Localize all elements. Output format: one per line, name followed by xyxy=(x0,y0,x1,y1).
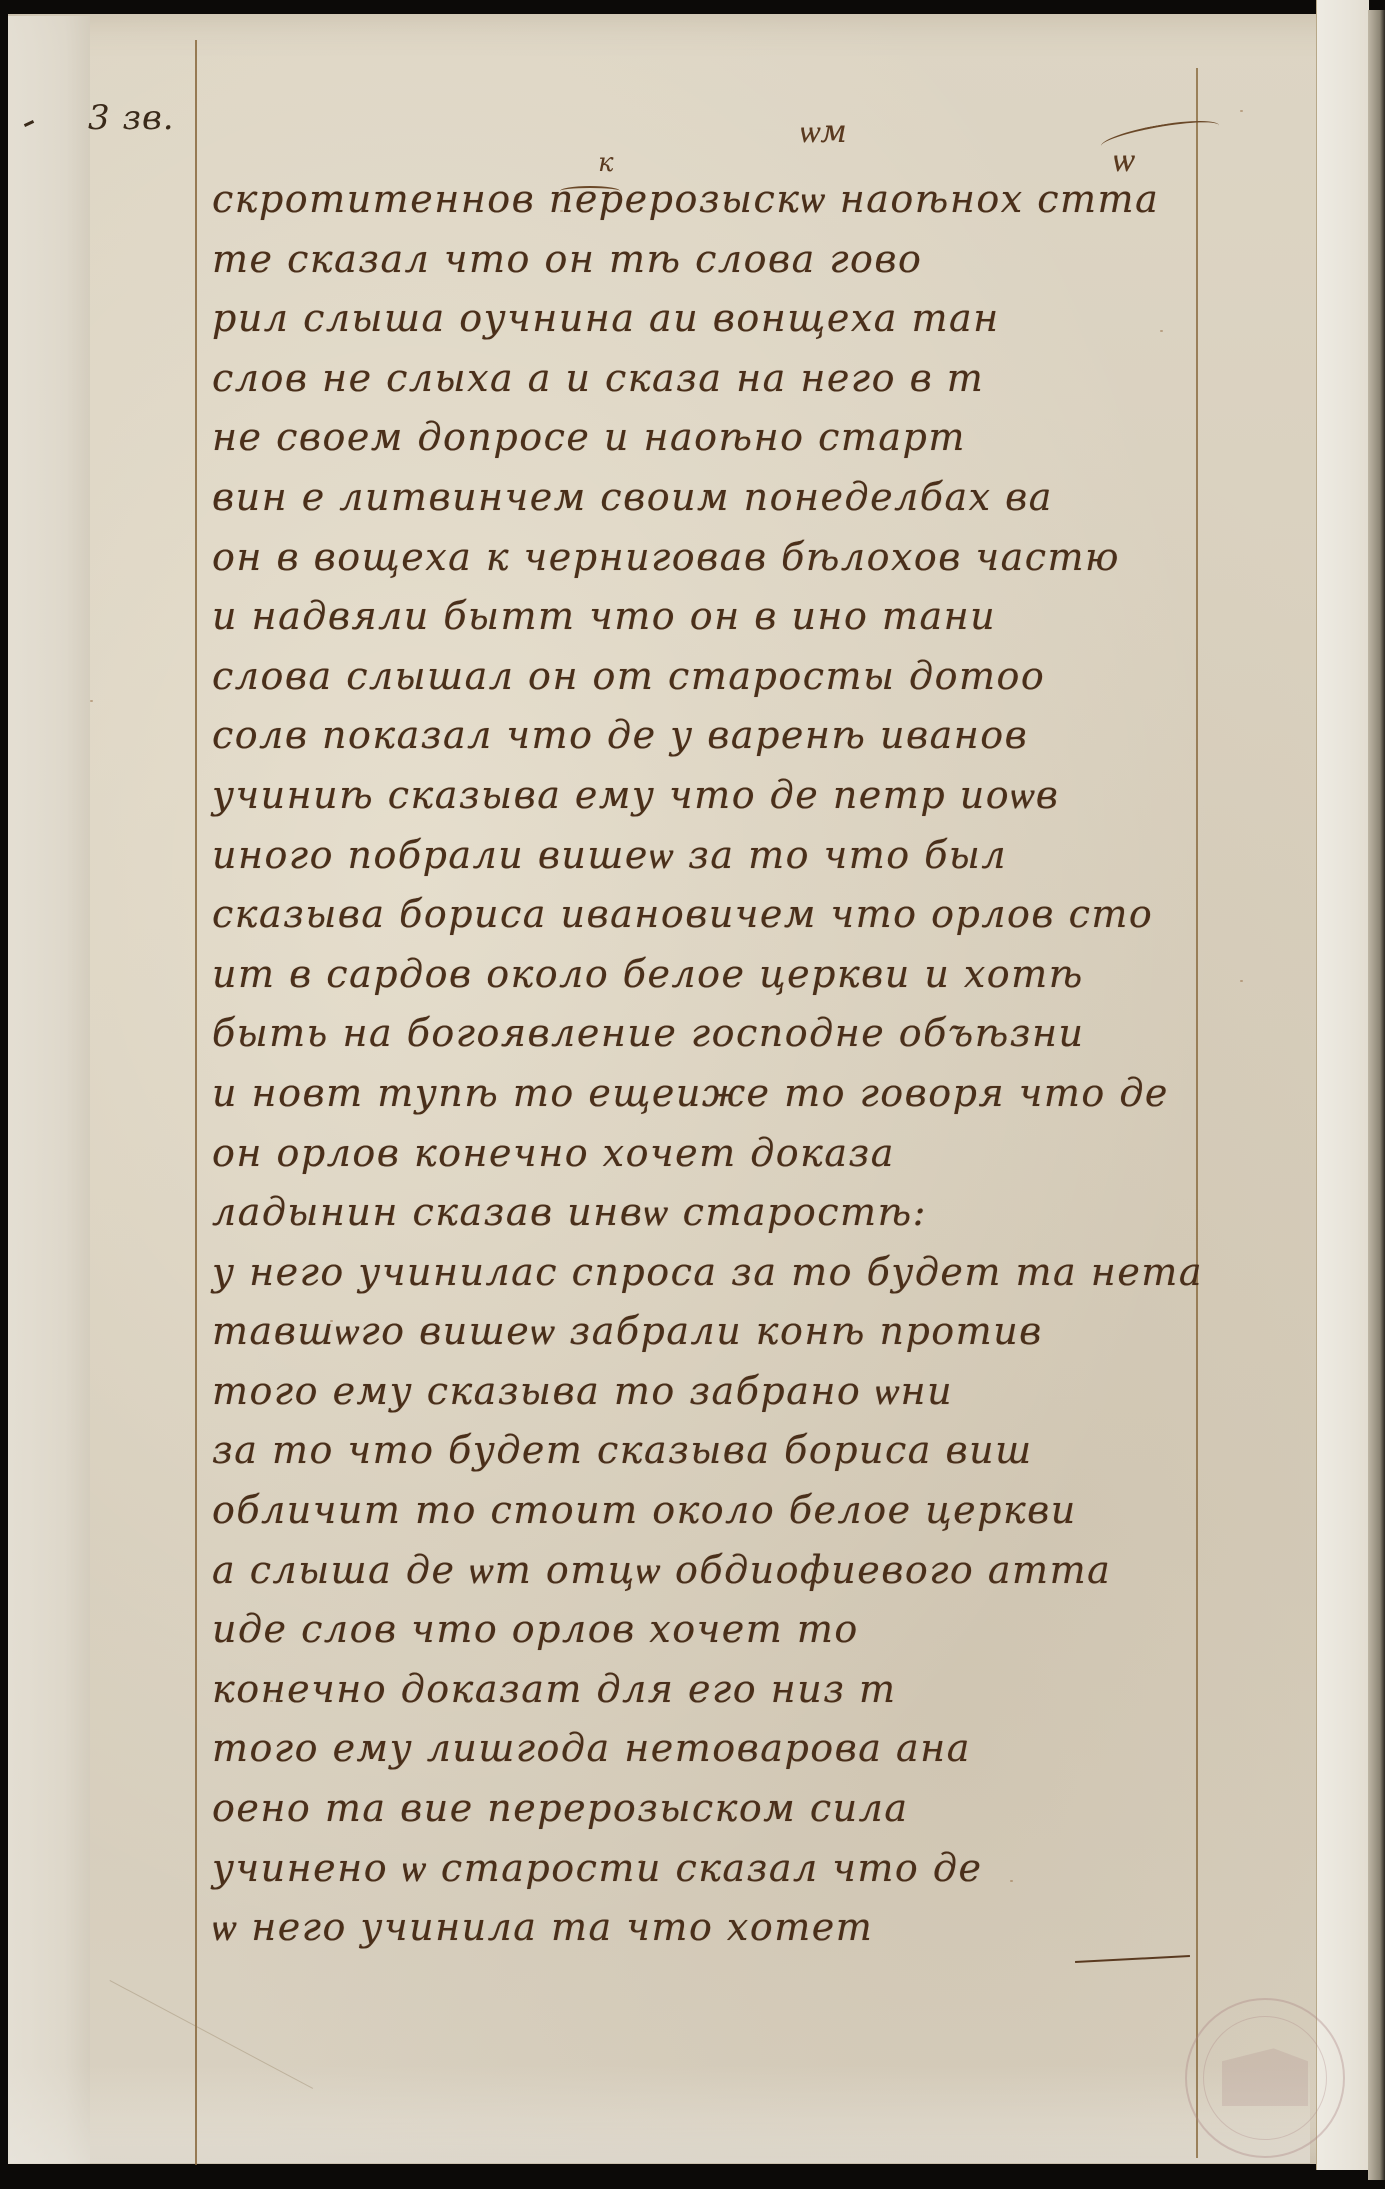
manuscript-line: слова слышал он от старосты дотоо xyxy=(212,647,1202,707)
manuscript-line: за то что будет сказыва бориса виш xyxy=(212,1421,1202,1481)
manuscript-line: рил слыша оучнина аи вонщеха тан xyxy=(212,289,1202,349)
right-guard-strip xyxy=(1316,0,1369,2170)
left-binding-strip xyxy=(8,16,90,2164)
manuscript-line: ѡ него учинила та что хотет xyxy=(212,1898,1202,1958)
manuscript-line: того ему сказыва то забрано ѡни xyxy=(212,1362,1202,1422)
folio-number: 3 зв. xyxy=(88,98,175,138)
manuscript-line: того ему лишгода нетоварова ана xyxy=(212,1719,1202,1779)
manuscript-line: ладынин сказав инвѡ старостѣ: xyxy=(212,1183,1202,1243)
manuscript-line: слов не слыха а и сказа на него в т xyxy=(212,349,1202,409)
manuscript-line: оено та вие перерозыском сила xyxy=(212,1779,1202,1839)
manuscript-text-block: скротитеннов перерозыскѡ наоѣнох стта те… xyxy=(212,170,1202,1958)
page-edge-shadow xyxy=(1368,10,1385,2180)
archive-stamp xyxy=(1185,1998,1345,2158)
manuscript-line: иного побрали вишеѡ за то что был xyxy=(212,826,1202,886)
manuscript-line: учинено ѡ старости сказал что де xyxy=(212,1839,1202,1899)
manuscript-line: не своем допросе и наоѣно старт xyxy=(212,408,1202,468)
manuscript-line: у него учинилас спроса за то будет та не… xyxy=(212,1243,1202,1303)
manuscript-line: те сказал что он тѣ слова гово xyxy=(212,230,1202,290)
manuscript-line: он орлов конечно хочет доказа xyxy=(212,1124,1202,1184)
manuscript-line: а слыша де ѡт отцѡ обдиофиевого атта xyxy=(212,1541,1202,1601)
manuscript-line: тавшѡго вишеѡ забрали конѣ против xyxy=(212,1302,1202,1362)
manuscript-line: обличит то стоит около белое церкви xyxy=(212,1481,1202,1541)
manuscript-line: он в вощеха к черниговав бѣлохов частю xyxy=(212,528,1202,588)
manuscript-line: скротитеннов перерозыскѡ наоѣнох стта xyxy=(212,170,1202,230)
superscript-above-center: ѡм xyxy=(800,112,847,150)
manuscript-line: быть на богоявление господне объѣзни xyxy=(212,1004,1202,1064)
manuscript-line: и надвяли бытт что он в ино тани xyxy=(212,587,1202,647)
manuscript-line: ит в сардов около белое церкви и хотѣ xyxy=(212,945,1202,1005)
manuscript-line: учиниѣ сказыва ему что де петр иоѡв xyxy=(212,766,1202,826)
manuscript-line: солв показал что де у варенѣ иванов xyxy=(212,706,1202,766)
manuscript-line: вин е литвинчем своим понеделбах ва xyxy=(212,468,1202,528)
left-margin-rule xyxy=(195,40,197,2165)
manuscript-line: иде слов что орлов хочет то xyxy=(212,1600,1202,1660)
manuscript-line: и новт тупѣ то ещеиже то говоря что де xyxy=(212,1064,1202,1124)
bottom-paper-repair xyxy=(10,2065,1310,2163)
manuscript-line: конечно доказат для его низ т xyxy=(212,1660,1202,1720)
manuscript-line: сказыва бориса ивановичем что орлов сто xyxy=(212,885,1202,945)
